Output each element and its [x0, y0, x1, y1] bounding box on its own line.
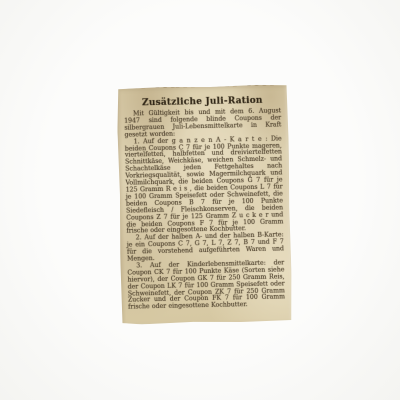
clipping-title: Zusätzliche Juli-Ration: [124, 95, 281, 108]
cut-text-remnant: III IIHII HIII IIII IIIII HSII III: [124, 84, 281, 95]
newspaper-clipping: III IIHII HIII IIII IIIII HSII III Zusät…: [117, 84, 293, 325]
clipping-paragraph-intro: Mit Gültigkeit bis und mit dem 6. August…: [124, 108, 282, 139]
clipping-paragraph-item3: 3. Auf der Kinderlebensmittelkarte: der …: [127, 260, 285, 312]
photo-background: III IIHII HIII IIII IIIII HSII III Zusät…: [0, 0, 400, 400]
clipping-paragraph-item1: 1. Auf der g a n z e n A - K a r t e : D…: [125, 136, 284, 236]
cut-text-remnant-glyphs: III IIHII HIII IIII IIIII HSII III: [125, 84, 280, 91]
